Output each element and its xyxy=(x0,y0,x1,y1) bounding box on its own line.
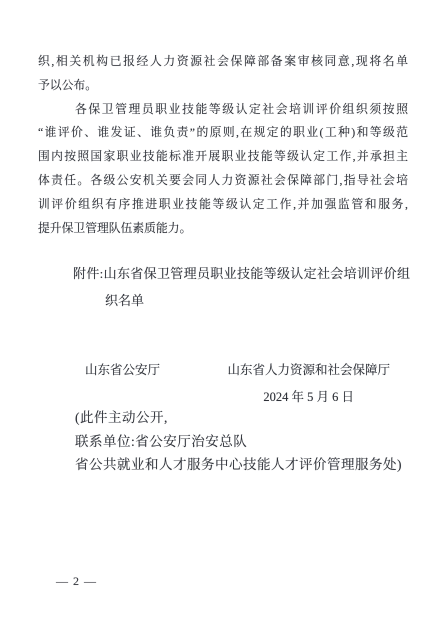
paragraph2-line6: 提升保卫管理队伍素质能力。 xyxy=(38,217,408,241)
attachment-title-part2: 织名单 xyxy=(105,288,410,315)
paragraph2-line4: 体责任。各级公安机关要会同人力资源社会保障部门,指导社会培 xyxy=(38,169,408,193)
attachment-line1: 附件:山东省保卫管理员职业技能等级认定社会培训评价组 xyxy=(73,261,410,288)
paragraph1-line1: 织,相关机构已报经人力资源社会保障部备案审核同意,现将名单 xyxy=(38,50,408,74)
document-page: 织,相关机构已报经人力资源社会保障部备案审核同意,现将名单 予以公布。 各保卫管… xyxy=(0,0,448,633)
paragraph2-line1: 各保卫管理员职业技能等级认定社会培训评价组织须按照 xyxy=(38,98,408,122)
issuer-right-name: 山东省人力资源和社会保障厅 xyxy=(227,357,390,384)
footer-notes: (此件主动公开, 联系单位:省公安厅治安总队 省公共就业和人才服务中心技能人才评… xyxy=(75,406,402,477)
paragraph1-line2: 予以公布。 xyxy=(38,74,408,98)
paragraph2-line3: 围内按照国家职业技能标准开展职业技能等级认定工作,并承担主 xyxy=(38,145,408,169)
document-body: 织,相关机构已报经人力资源社会保障部备案审核同意,现将名单 予以公布。 各保卫管… xyxy=(38,50,408,240)
attachment-label: 附件: xyxy=(73,266,103,281)
paragraph2-line2: “谁评价、谁发证、谁负责”的原则,在规定的职业(工种)和等级范 xyxy=(38,121,408,145)
page-number: — 2 — xyxy=(56,574,97,589)
attachment-note: 附件:山东省保卫管理员职业技能等级认定社会培训评价组 织名单 xyxy=(73,261,410,314)
footer-contact-unit-1: 联系单位:省公安厅治安总队 xyxy=(75,430,402,454)
issuer-left-name: 山东省公安厅 xyxy=(85,357,160,384)
footer-disclosure-note: (此件主动公开, xyxy=(75,406,402,430)
paragraph2-line5: 训评价组织有序推进职业技能等级认定工作,并加强监管和服务, xyxy=(38,193,408,217)
attachment-title-part1: 山东省保卫管理员职业技能等级认定社会培训评价组 xyxy=(103,266,410,281)
issuer-right-block: 山东省人力资源和社会保障厅 2024 年 5 月 6 日 xyxy=(227,357,390,411)
footer-contact-unit-2: 省公共就业和人才服务中心技能人才评价管理服务处) xyxy=(75,453,402,477)
